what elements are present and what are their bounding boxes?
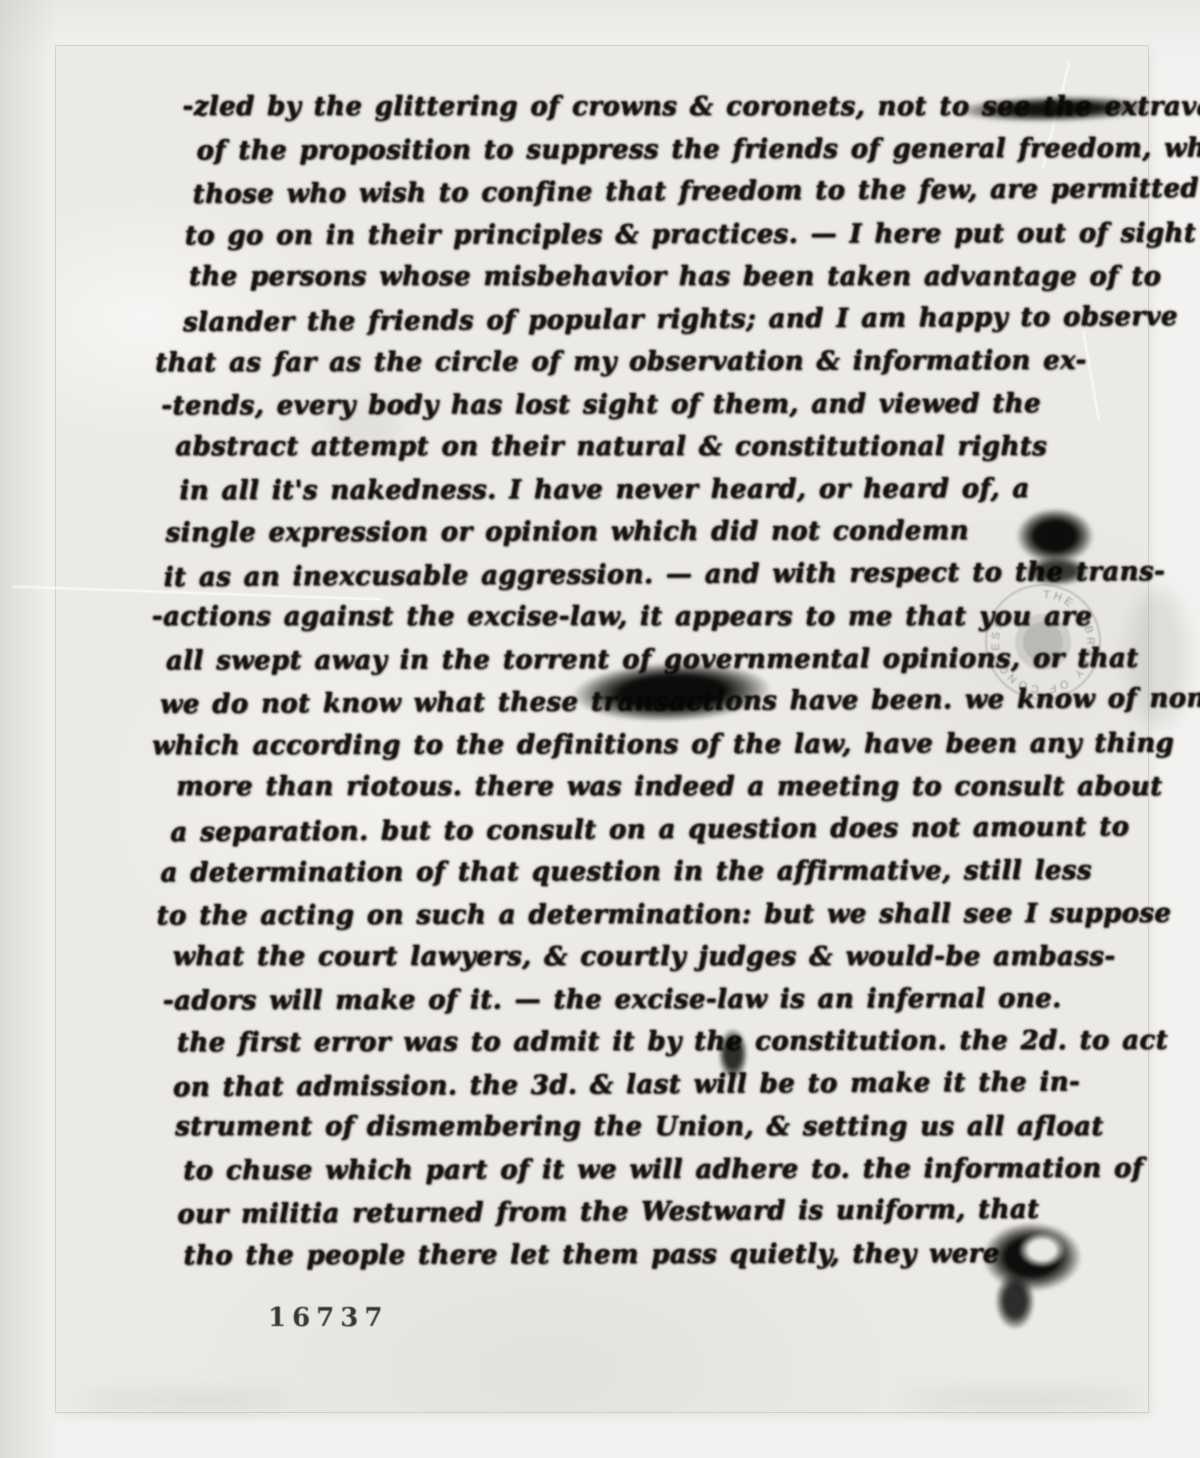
manuscript-line: more than riotous. there was indeed a me… [176,766,1148,809]
manuscript-line: what the court lawyers, & courtly judges… [173,936,1149,979]
manuscript-line: it as an inexcusable aggression. — and w… [164,550,1148,599]
manuscript-line: slander the friends of popular rights; a… [183,295,1147,343]
archive-number-stamp: 16737 [268,1303,388,1333]
manuscript-line: a determination of that question in the … [160,850,1148,895]
manuscript-line: to the acting on such a determination: b… [157,892,1149,937]
paper-stain [80,1392,290,1408]
manuscript-line: -actions against the excise-law, it appe… [152,596,1148,639]
manuscript-line: the persons whose misbehavior has been t… [189,256,1147,299]
ink-blot-lastline-drip [995,1272,1035,1330]
ink-blot-admit [718,1028,748,1080]
manuscript-line: on that admission. the 3d. & last will b… [173,1060,1149,1108]
manuscript-line: strument of dismembering the Union, & se… [175,1106,1149,1149]
manuscript-line: single expression or opinion which did n… [166,510,1148,555]
scanned-letter-page: THE LIBRARY OF CONGRESS -zled by the gli… [0,0,1200,1458]
manuscript-line: those who wish to confine that freedom t… [193,168,1147,216]
manuscript-line: in all it's nakedness. I have never hear… [179,467,1147,512]
ink-blot-condemn-tail [1024,556,1090,586]
ink-blot-white-hole [1018,1232,1066,1268]
manuscript-line: to go on in their principles & practices… [185,212,1147,257]
manuscript-line: the first error was to admit it by the c… [177,1020,1149,1065]
paper-stain [905,1390,1140,1408]
manuscript-line: of the proposition to suppress the frien… [197,127,1147,172]
manuscript-line: to chuse which part of it we will adhere… [183,1147,1149,1192]
manuscript-line: -adors will make of it. — the excise-law… [163,977,1149,1022]
manuscript-line: a separation. but to consult on a questi… [170,805,1148,853]
manuscript-line: which according to the definitions of th… [152,722,1148,767]
manuscript-line: -tends, every body has lost sight of the… [161,382,1147,427]
manuscript-line: that as far as the circle of my observat… [155,340,1147,385]
manuscript-line: abstract attempt on their natural & cons… [175,426,1147,469]
